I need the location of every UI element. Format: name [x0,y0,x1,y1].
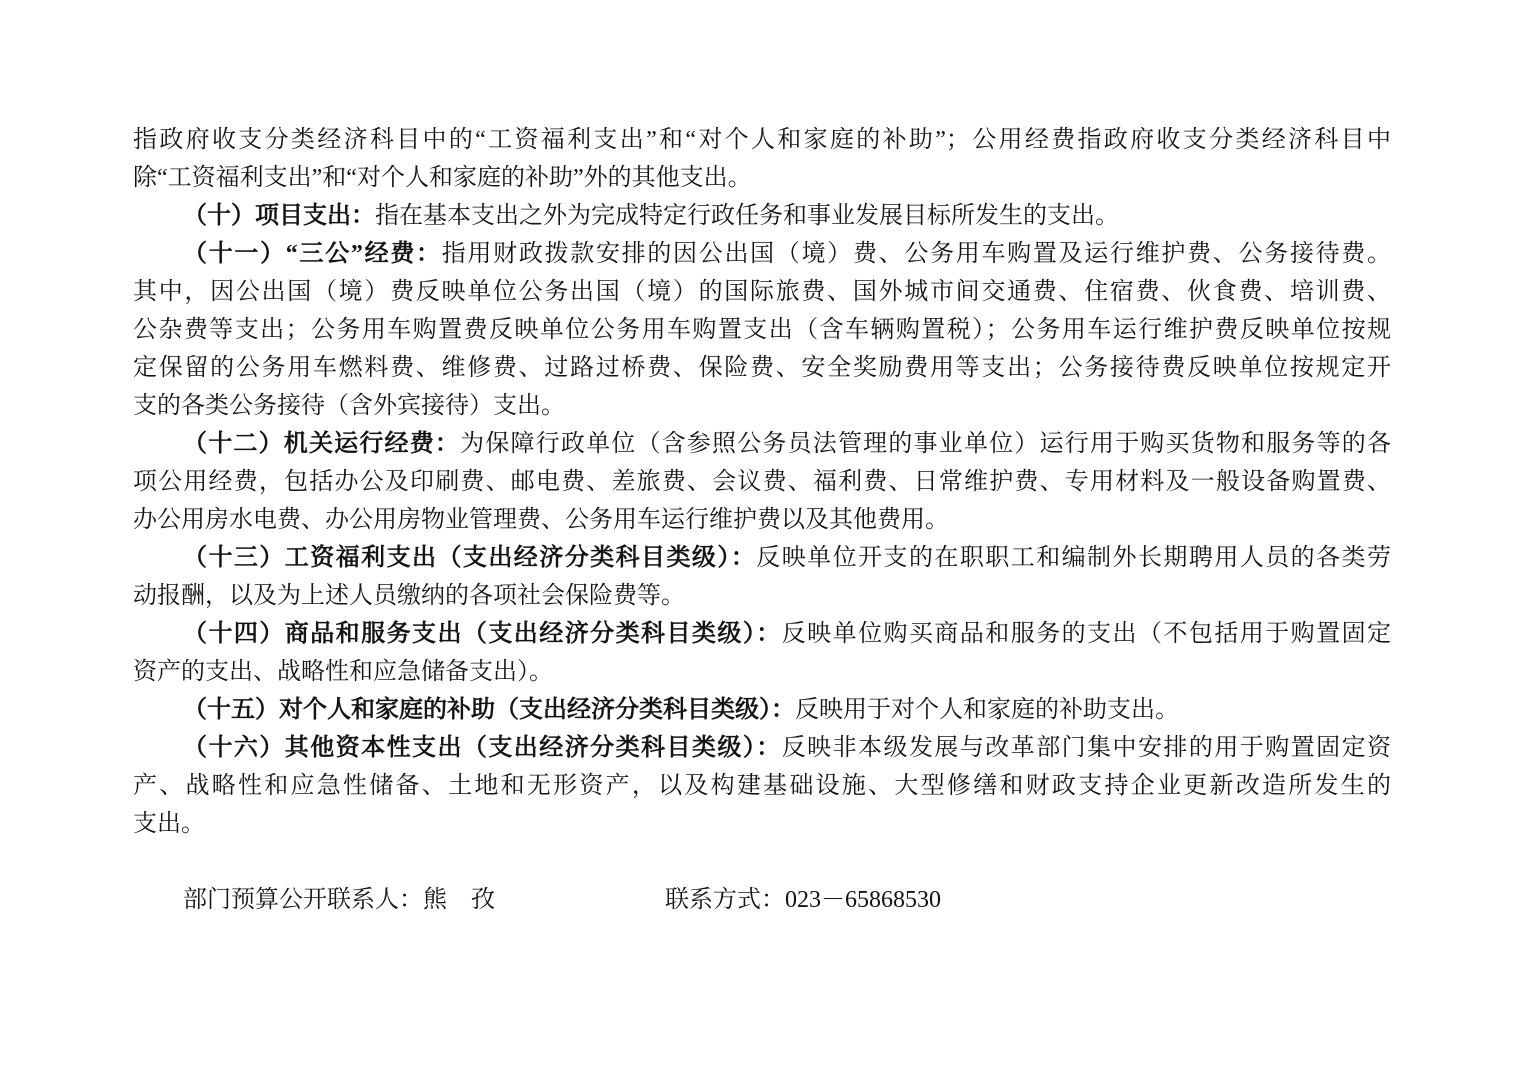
body-text: 其中，因公出国（境）费反映单位公务出国（境）的国际旅费、国外城市间交通费、住宿费… [133,279,1391,305]
body-text: 产、战略性和应急性储备、土地和无形资产，以及构建基础设施、大型修缮和财政支持企业… [133,773,1391,799]
contact-person-name: 熊 孜 [423,887,495,913]
term-label: （十五）对个人和家庭的补助（支出经济分类科目类级）： [183,697,795,723]
text-line: （十四）商品和服务支出（支出经济分类科目类级）：反映单位购买商品和服务的支出（不… [133,615,1391,653]
text-line: 项公用经费，包括办公及印刷费、邮电费、差旅费、会议费、福利费、日常维护费、专用材… [133,463,1391,501]
contact-phone: 联系方式：023－65868530 [665,881,941,919]
text-line: 定保留的公务用车燃料费、维修费、过路过桥费、保险费、安全奖励费用等支出；公务接待… [133,349,1391,387]
body-text: 项公用经费，包括办公及印刷费、邮电费、差旅费、会议费、福利费、日常维护费、专用材… [133,469,1391,495]
text-line: （十一）“三公”经费：指用财政拨款安排的因公出国（境）费、公务用车购置及运行维护… [133,235,1391,273]
text-line: 指政府收支分类经济科目中的“工资福利支出”和“对个人和家庭的补助”；公用经费指政… [133,121,1391,159]
body-text: 指在基本支出之外为完成特定行政任务和事业发展目标所发生的支出。 [375,203,1119,229]
term-label: （十六）其他资本性支出（支出经济分类科目类级）： [183,735,782,761]
body-text: 除“工资福利支出”和“对个人和家庭的补助”外的其他支出。 [133,165,752,191]
body-text: 为保障行政单位（含参照公务员法管理的事业单位）运行用于购买货物和服务等的各 [460,431,1391,457]
contact-person-label: 部门预算公开联系人： [183,887,423,913]
text-line: （十二）机关运行经费：为保障行政单位（含参照公务员法管理的事业单位）运行用于购买… [133,425,1391,463]
body-text: 定保留的公务用车燃料费、维修费、过路过桥费、保险费、安全奖励费用等支出；公务接待… [133,355,1391,381]
body-text: 指政府收支分类经济科目中的“工资福利支出”和“对个人和家庭的补助”；公用经费指政… [133,127,1391,153]
contact-phone-label: 联系方式： [665,887,785,913]
text-line: （十五）对个人和家庭的补助（支出经济分类科目类级）：反映用于对个人和家庭的补助支… [133,691,1391,729]
body-text: 反映非本级发展与改革部门集中安排的用于购置固定资 [782,735,1391,761]
document-body: 指政府收支分类经济科目中的“工资福利支出”和“对个人和家庭的补助”；公用经费指政… [133,121,1391,919]
body-text: 反映用于对个人和家庭的补助支出。 [795,697,1179,723]
body-text: 资产的支出、战略性和应急储备支出）。 [133,659,553,685]
text-line: （十六）其他资本性支出（支出经济分类科目类级）：反映非本级发展与改革部门集中安排… [133,729,1391,767]
contact-line: 部门预算公开联系人：熊 孜 联系方式：023－65868530 [133,881,1391,919]
text-line: 除“工资福利支出”和“对个人和家庭的补助”外的其他支出。 [133,159,1391,197]
body-text: 反映单位购买商品和服务的支出（不包括用于购置固定 [782,621,1391,647]
body-text: 动报酬，以及为上述人员缴纳的各项社会保险费等。 [133,583,685,609]
text-line: 支出。 [133,805,1391,843]
contact-phone-number: 023－65868530 [785,887,941,913]
body-text: 指用财政拨款安排的因公出国（境）费、公务用车购置及运行维护费、公务接待费。 [442,241,1391,267]
term-label: （十一）“三公”经费： [183,241,442,267]
document-page: 指政府收支分类经济科目中的“工资福利支出”和“对个人和家庭的补助”；公用经费指政… [0,0,1520,1074]
term-label: （十）项目支出： [183,203,375,229]
text-line: 办公用房水电费、办公用房物业管理费、公务用车运行维护费以及其他费用。 [133,501,1391,539]
body-text: 支出。 [133,811,205,837]
text-line: 公杂费等支出；公务用车购置费反映单位公务用车购置支出（含车辆购置税）；公务用车运… [133,311,1391,349]
body-text: 反映单位开支的在职职工和编制外长期聘用人员的各类劳 [756,545,1391,571]
paragraph-lines: 指政府收支分类经济科目中的“工资福利支出”和“对个人和家庭的补助”；公用经费指政… [133,121,1391,843]
term-label: （十四）商品和服务支出（支出经济分类科目类级）： [183,621,782,647]
text-line: 支的各类公务接待（含外宾接待）支出。 [133,387,1391,425]
text-line: （十）项目支出：指在基本支出之外为完成特定行政任务和事业发展目标所发生的支出。 [133,197,1391,235]
term-label: （十二）机关运行经费： [183,431,460,457]
text-line: 产、战略性和应急性储备、土地和无形资产，以及构建基础设施、大型修缮和财政支持企业… [133,767,1391,805]
body-text: 支的各类公务接待（含外宾接待）支出。 [133,393,565,419]
body-text: 办公用房水电费、办公用房物业管理费、公务用车运行维护费以及其他费用。 [133,507,949,533]
text-line: 动报酬，以及为上述人员缴纳的各项社会保险费等。 [133,577,1391,615]
text-line: （十三）工资福利支出（支出经济分类科目类级）：反映单位开支的在职职工和编制外长期… [133,539,1391,577]
text-line: 其中，因公出国（境）费反映单位公务出国（境）的国际旅费、国外城市间交通费、住宿费… [133,273,1391,311]
term-label: （十三）工资福利支出（支出经济分类科目类级）： [183,545,756,571]
body-text: 公杂费等支出；公务用车购置费反映单位公务用车购置支出（含车辆购置税）；公务用车运… [133,317,1391,343]
text-line: 资产的支出、战略性和应急储备支出）。 [133,653,1391,691]
